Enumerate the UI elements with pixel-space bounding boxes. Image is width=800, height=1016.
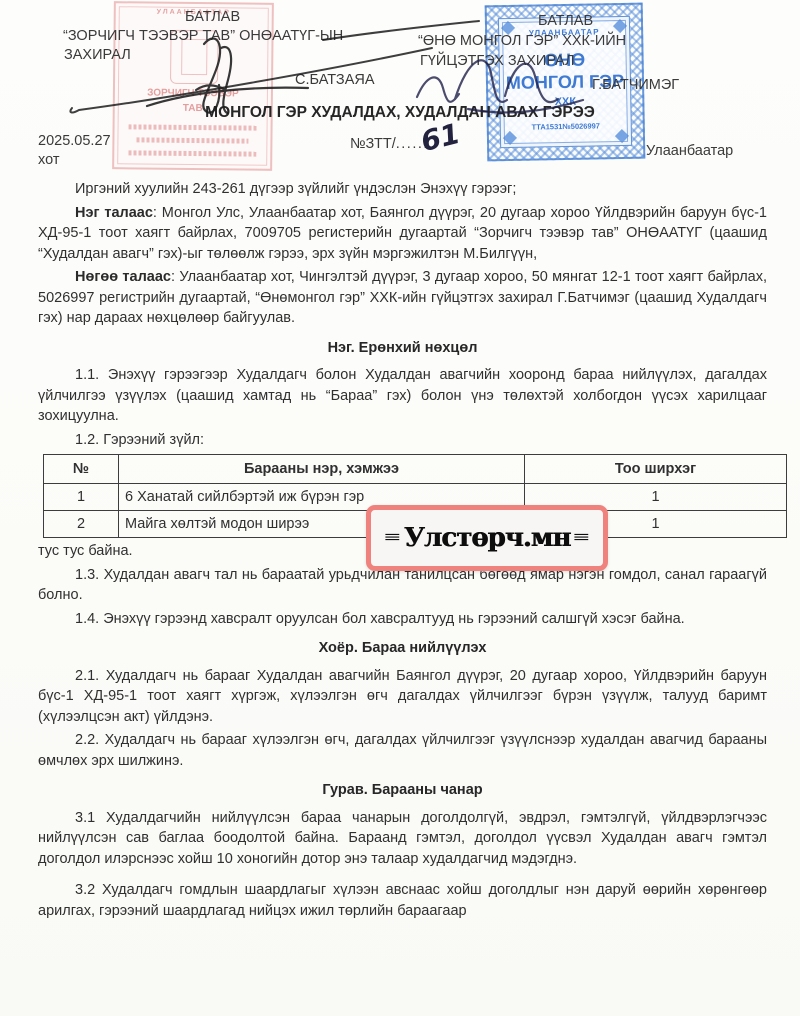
document-header: УЛААНБААТАР ЗОРЧИГЧ ТЭЭВЭР ТАВ УЛААНБААТ… [0, 0, 800, 176]
clause-3-2: 3.2 Худалдагч гомдлын шаардлагыг хүлээн … [38, 880, 767, 921]
ulsturch-watermark-badge: ≡ Улстөрч.мн ≡ [366, 505, 608, 571]
clause-1-1: 1.1. Энэхүү гэрээгээр Худалдагч болон Ху… [38, 365, 767, 427]
goods-table-wrap: № Барааны нэр, хэмжээ Тоо ширхэг 1 6 Хан… [43, 454, 747, 538]
intro-paragraph: Иргэний хуулийн 243-261 дүгээр зүйлийг ү… [38, 179, 767, 200]
section2-heading: Хоёр. Бараа нийлүүлэх [38, 638, 767, 659]
party2-paragraph: Нөгөө талаас: Улаанбаатар хот, Чингэлтэй… [38, 267, 767, 329]
clause-1-2: 1.2. Гэрээний зүйл: [38, 430, 767, 451]
row2-number: 2 [44, 511, 119, 538]
watermark-wing-left-icon: ≡ [384, 528, 401, 549]
clause-3-1: 3.1 Худалдагчийн нийлүүлсэн бараа чанары… [38, 808, 767, 870]
clause-1-4: 1.4. Энэхүү гэрээнд хавсралт оруулсан бо… [38, 609, 767, 630]
section1-heading: Нэг. Ерөнхий нөхцөл [38, 338, 767, 359]
party1-label: Нэг талаас [75, 205, 153, 221]
contract-document-page: УЛААНБААТАР ЗОРЧИГЧ ТЭЭВЭР ТАВ УЛААНБААТ… [0, 0, 800, 1016]
clause-2-2: 2.2. Худалдагч нь барааг хүлээлгэн өгч, … [38, 730, 767, 771]
party1-paragraph: Нэг талаас: Монгол Улс, Улаанбаатар хот,… [38, 203, 767, 265]
col-header-quantity: Тоо ширхэг [525, 455, 787, 484]
party2-label: Нөгөө талаас [75, 269, 171, 285]
row1-number: 1 [44, 484, 119, 511]
director-signature-left [147, 38, 308, 113]
col-header-number: № [44, 455, 119, 484]
watermark-wing-right-icon: ≡ [573, 528, 590, 549]
contract-body: Иргэний хуулийн 243-261 дүгээр зүйлийг ү… [38, 176, 767, 921]
executive-signature-right [417, 60, 583, 112]
watermark-site-name: Улстөрч.мн [404, 528, 571, 549]
goods-table-header-row: № Барааны нэр, хэмжээ Тоо ширхэг [44, 455, 787, 484]
col-header-item: Барааны нэр, хэмжээ [119, 455, 525, 484]
section3-heading: Гурав. Барааны чанар [38, 780, 767, 801]
pen-flourish-lines [70, 21, 479, 112]
signatures-overlay [0, 0, 800, 176]
clause-2-1: 2.1. Худалдагч нь барааг Худалдан авагчи… [38, 666, 767, 728]
